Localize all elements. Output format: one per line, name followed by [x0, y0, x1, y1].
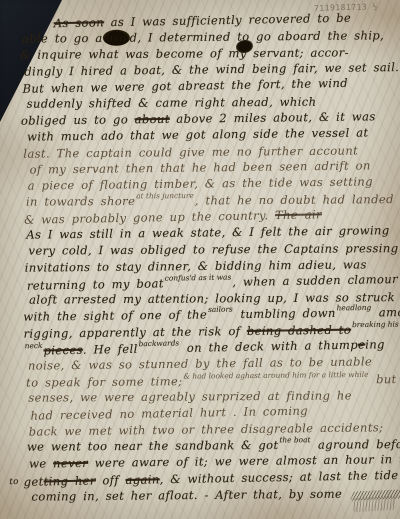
struck-text: ting her	[44, 473, 96, 488]
text-segment: , when a sudden clamour up	[232, 271, 400, 288]
margin-note: to	[9, 474, 19, 491]
text-segment: to speak for some time;	[26, 374, 182, 390]
text-segment: able to go a	[22, 31, 103, 46]
text-segment: a piece of floating timber, & as the tid…	[28, 175, 373, 193]
manuscript-page: 7119181713 ½ As soon as I was sufficient…	[0, 0, 400, 519]
struck-text: As soon	[54, 15, 105, 30]
text-segment: rigging, apparently at the risk of	[23, 323, 247, 340]
text-segment: as I was sufficiently recovered to be	[104, 11, 351, 30]
text-segment: get	[24, 474, 44, 488]
interlinear-insertion: confus'd as it was	[165, 269, 232, 287]
text-segment: but when he recovered his	[369, 370, 400, 386]
text-segment: we	[29, 457, 53, 471]
interlinear-insertion: backwards	[138, 335, 179, 352]
text-segment: on the deck with a thump	[180, 338, 358, 355]
text-segment: As I was still in a weak state, & I felt…	[26, 224, 389, 242]
text-segment: ing	[365, 337, 385, 351]
text-segment: with much ado that we got along side the…	[27, 126, 368, 144]
struck-text: about	[135, 112, 170, 126]
text-segment: back we met with two or three disagreabl…	[29, 420, 384, 438]
text-segment: returning to my boat	[27, 276, 164, 293]
interlinear-insertion: neck	[25, 338, 43, 355]
interlinear-insertion: sailors	[208, 302, 233, 319]
text-segment: . He fell	[83, 342, 138, 357]
interlinear-insertion: headlong	[337, 300, 372, 317]
text-segment: & inquire what was become of my servant;…	[20, 45, 349, 61]
scribble	[350, 488, 400, 500]
text-segment: above 2 miles about, & it was	[170, 109, 376, 126]
text-segment: tumbling down	[234, 306, 336, 321]
text-segment: we went too near the sandbank & got	[27, 438, 279, 454]
text-segment: obliged us to go	[21, 112, 135, 127]
text-segment: off	[96, 473, 126, 488]
text-segment: coming in, set her afloat. - After that,…	[31, 487, 348, 504]
interlinear-insertion: breaking his	[352, 316, 399, 333]
text-segment: , & without success; at last the tide	[160, 468, 399, 486]
text-segment: in towards shore	[26, 194, 135, 209]
text-segment: with the sight of one of the	[23, 308, 207, 324]
text-segment: suddenly shifted & came right ahead, whi…	[27, 94, 317, 110]
struck-text: The air	[275, 207, 322, 222]
struck-text: pieces	[43, 343, 83, 358]
struck-text: never	[53, 456, 88, 470]
manuscript-line: coming in, set her afloat. - After that,…	[25, 485, 397, 505]
ink-blot: bro	[103, 30, 130, 46]
text-segment: d, I determined to go aboard the ship,	[129, 29, 384, 45]
interlinear-insertion: the boat	[279, 432, 310, 449]
struck-text: being dashed to	[247, 322, 351, 337]
text-segment: very cold, I was obliged to refuse the C…	[28, 241, 398, 258]
interlinear-insertion: at this juncture	[136, 188, 194, 205]
manuscript-text: As soon as I was sufficiently recovered …	[0, 0, 400, 519]
text-segment: aground before	[311, 437, 400, 452]
interlinear-insertion: & had looked aghast around him for a lit…	[183, 366, 368, 384]
struck-text: again	[125, 472, 159, 487]
